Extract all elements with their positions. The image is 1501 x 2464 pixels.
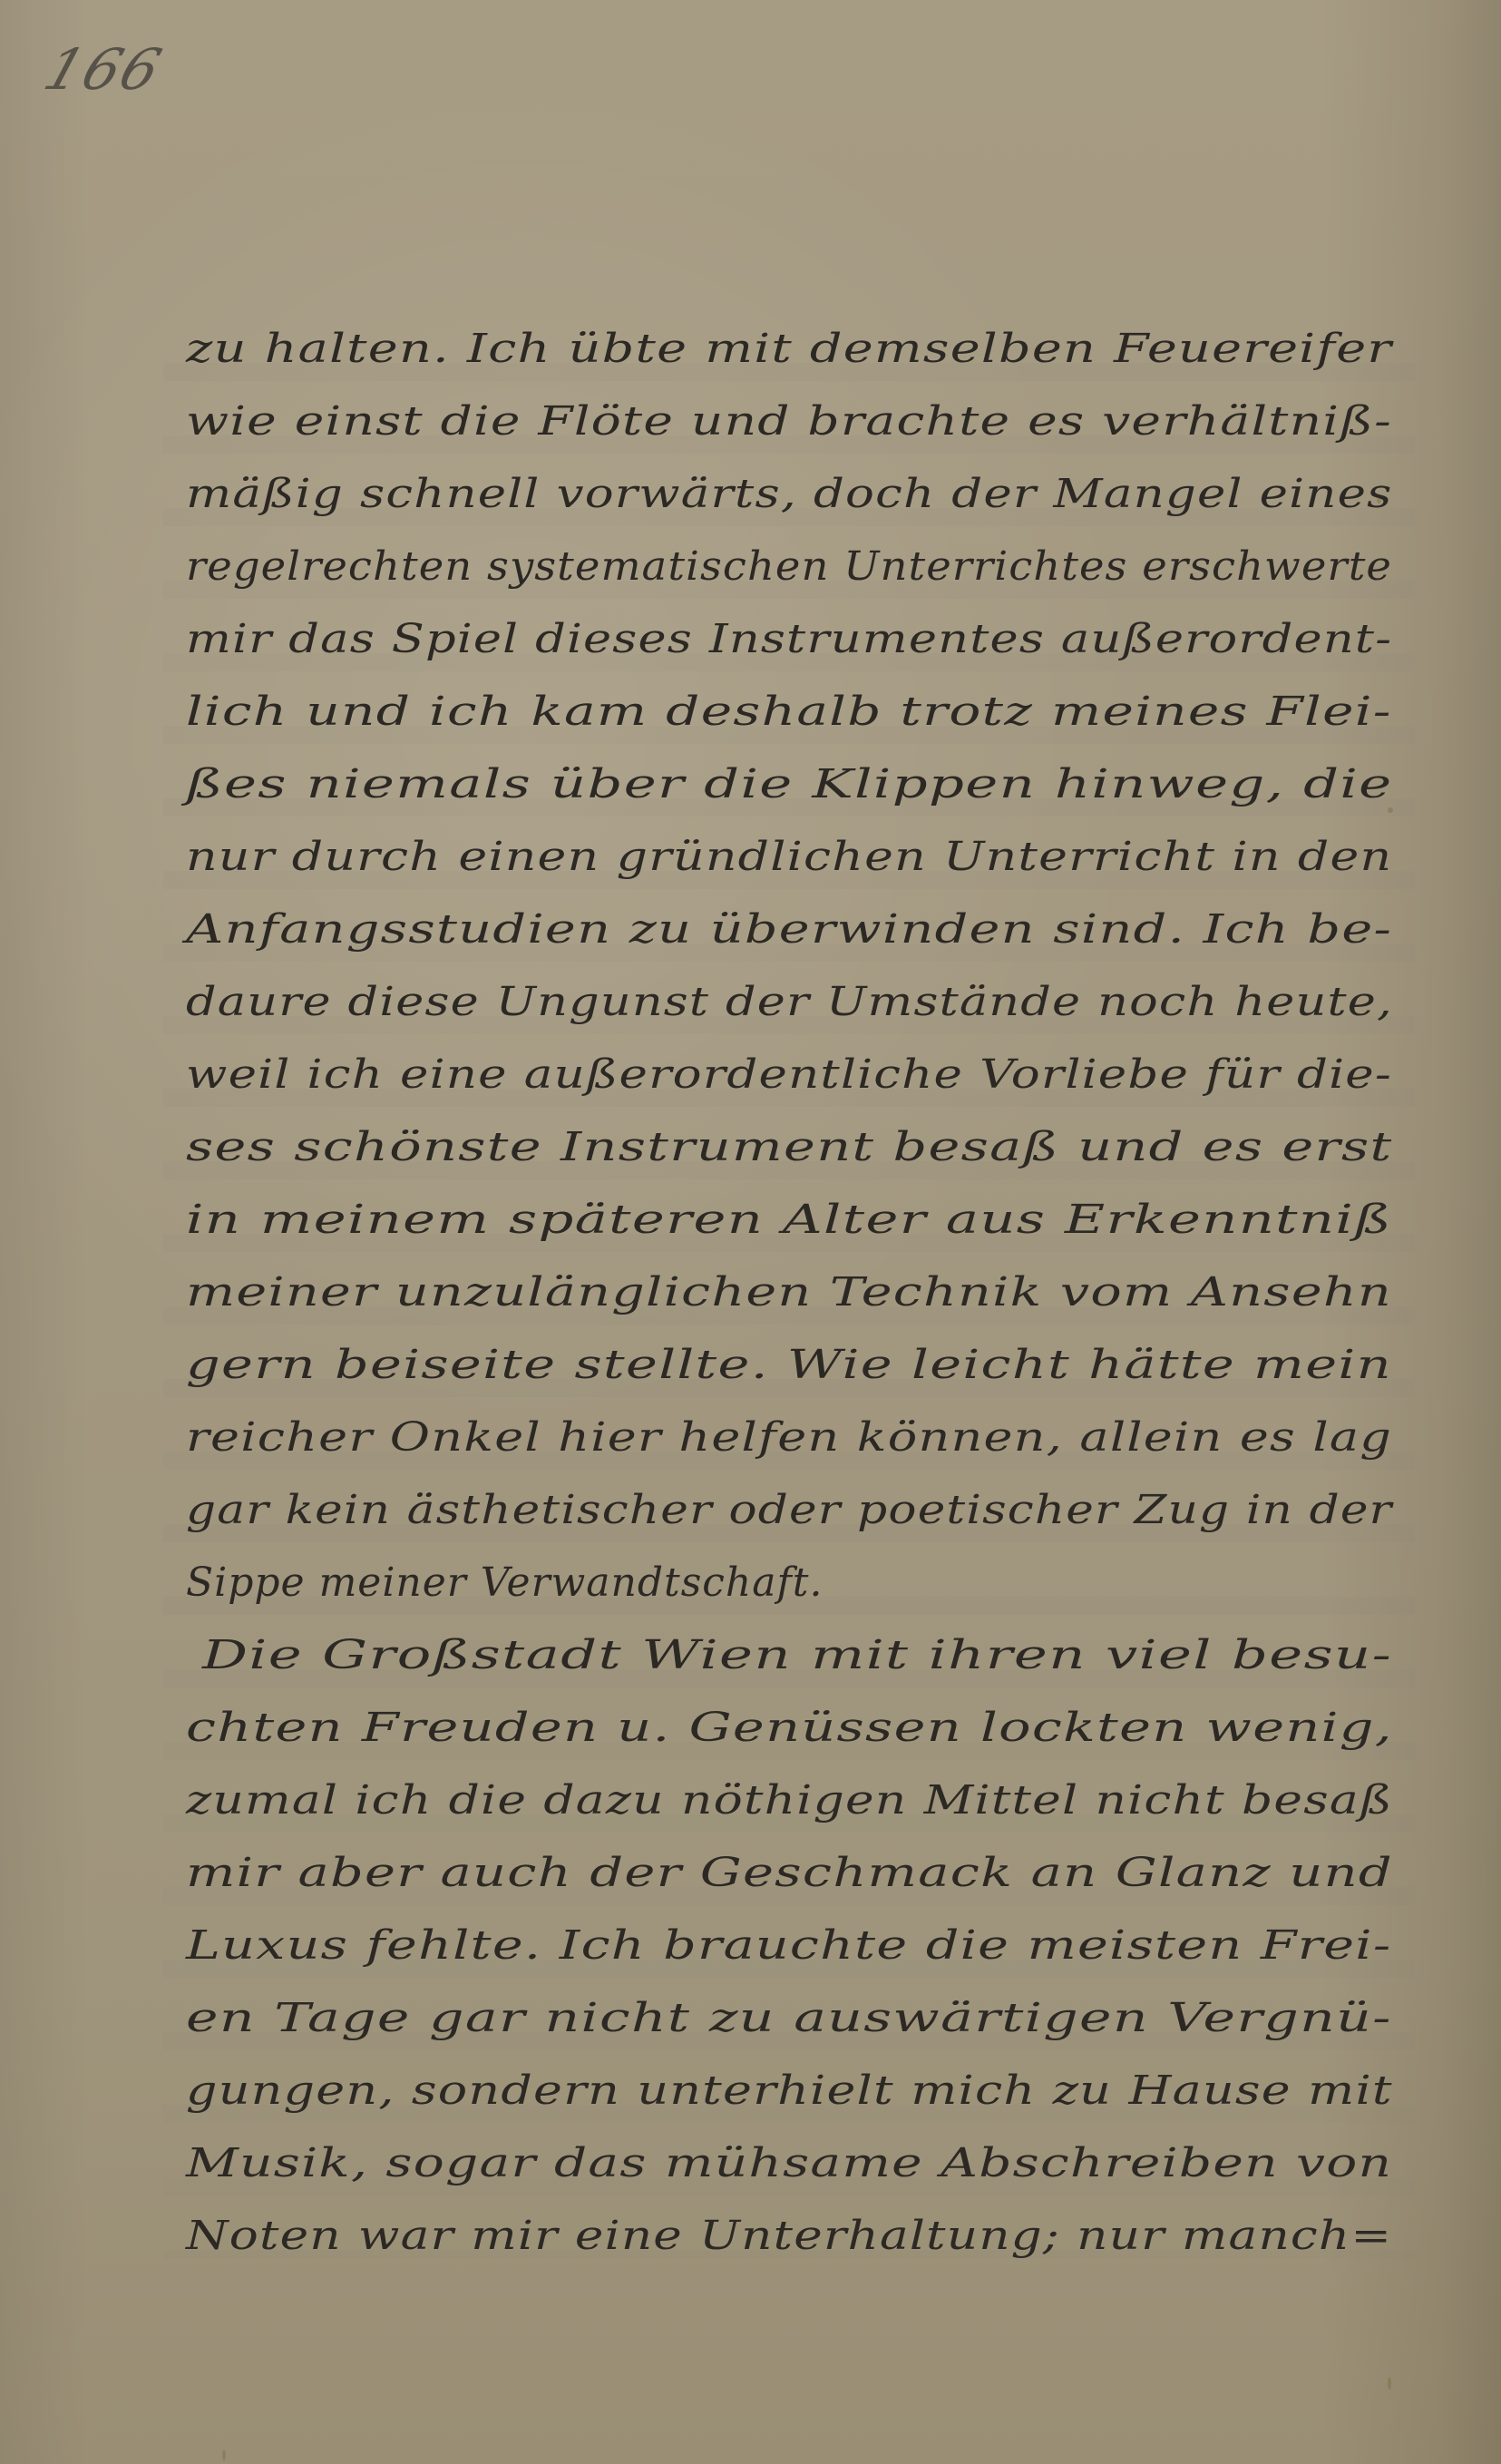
page-number: 166 — [36, 36, 171, 103]
text-line: mir aber auch der Geschmack an Glanz und — [186, 1837, 1393, 1910]
text-line: Musik, sogar das mühsame Abschreiben von — [186, 2127, 1392, 2200]
text-line: gungen, sondern unterhielt mich zu Hause… — [186, 2055, 1393, 2127]
text-line: gern beiseite stellte. Wie leicht hätte … — [186, 1329, 1392, 1402]
text-line: wie einst die Flöte und brachte es verhä… — [186, 386, 1392, 458]
text-line: zumal ich die dazu nöthigen Mittel nicht… — [186, 1765, 1393, 1837]
text-line: gar kein ästhetischer oder poetischer Zu… — [186, 1474, 1392, 1547]
text-line: Luxus fehlte. Ich brauchte die meisten F… — [186, 1910, 1391, 1982]
text-line: ses schönste Instrument besaß und es ers… — [186, 1111, 1393, 1184]
text-line: zu halten. Ich übte mit demselben Feuere… — [186, 313, 1392, 386]
text-line: en Tage gar nicht zu auswärtigen Vergnü- — [186, 1982, 1392, 2055]
text-line: nur durch einen gründlichen Unterricht i… — [186, 821, 1392, 894]
paragraph-start-line: Die Großstadt Wien mit ihren viel besu- — [202, 1619, 1392, 1692]
text-line: meiner unzulänglichen Technik vom Ansehn — [186, 1256, 1392, 1329]
text-line: ßes niemals über die Klippen hinweg, die — [186, 748, 1393, 821]
text-line: Noten war mir eine Unterhaltung; nur man… — [186, 2200, 1392, 2273]
paper-speck — [222, 2449, 226, 2460]
text-line: Anfangsstudien zu überwinden sind. Ich b… — [186, 894, 1392, 966]
text-line: in meinem späteren Alter aus Erkenntniß — [186, 1184, 1392, 1256]
manuscript-page: 166 zu halten. Ich übte mit demselben Fe… — [0, 0, 1501, 2464]
text-line: reicher Onkel hier helfen können, allein… — [186, 1402, 1392, 1474]
text-line: daure diese Ungunst der Umstände noch he… — [186, 966, 1393, 1039]
paper-speck — [1388, 2377, 1391, 2390]
text-line: weil ich eine außerordentliche Vorliebe … — [186, 1039, 1392, 1111]
text-line: mir das Spiel dieses Instrumentes außero… — [186, 603, 1392, 676]
text-line: regelrechten systematischen Unterrichtes… — [186, 531, 1392, 603]
text-line: mäßig schnell vorwärts, doch der Mangel … — [186, 458, 1392, 531]
text-line: Sippe meiner Verwandtschaft. — [186, 1547, 823, 1619]
text-line: chten Freuden u. Genüssen lockten wenig, — [186, 1692, 1393, 1765]
text-line: lich und ich kam deshalb trotz meines Fl… — [186, 676, 1392, 748]
